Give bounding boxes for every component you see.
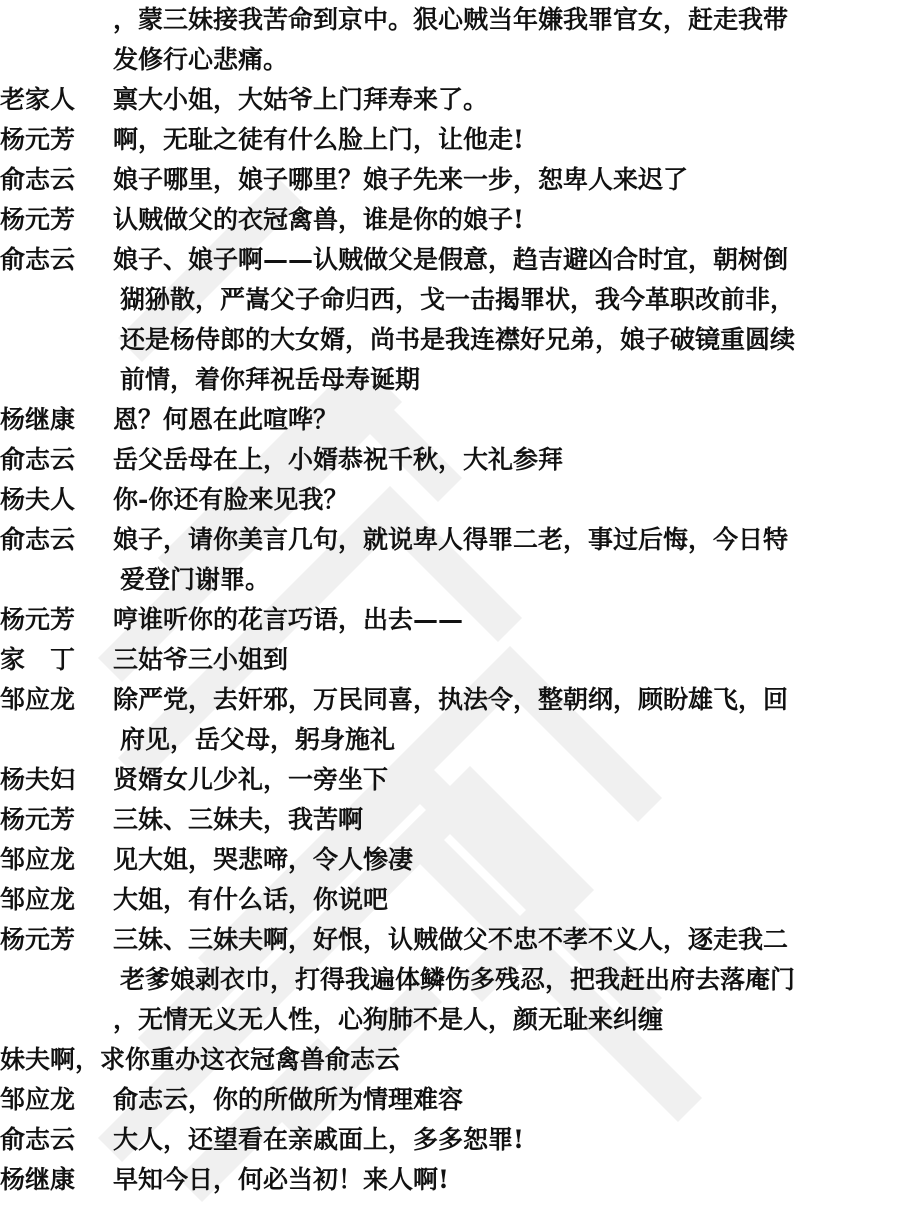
dialogue-text: 妹夫啊，求你重办这衣冠禽兽俞志云 — [0, 1040, 400, 1080]
dialogue-text: 哼谁听你的花言巧语，出去—— — [113, 600, 463, 640]
dialogue-text: 见大姐，哭悲啼，令人惨凄 — [113, 840, 413, 880]
dialogue-text: ，无情无义无人性，心狗肺不是人，颜无耻来纠缠 — [113, 1000, 663, 1040]
dialogue-text: 爱登门谢罪。 — [120, 560, 270, 600]
dialogue-text: 大人，还望看在亲戚面上，多多恕罪! — [113, 1120, 524, 1160]
dialogue-text: 发修行心悲痛。 — [113, 40, 288, 80]
dialogue-text: 早知今日，何必当初！来人啊! — [113, 1160, 449, 1200]
dialogue-text: 前情，着你拜祝岳母寿诞期 — [120, 360, 420, 400]
speaker-name: 杨元芳 — [0, 120, 110, 160]
speaker-name: 俞志云 — [0, 160, 110, 200]
dialogue-text: 贤婿女儿少礼，一旁坐下 — [113, 760, 388, 800]
dialogue-text: 认贼做父的衣冠禽兽，谁是你的娘子! — [113, 200, 524, 240]
speaker-name: 俞志云 — [0, 240, 110, 280]
dialogue-text: 啊，无耻之徒有什么脸上门，让他走! — [113, 120, 524, 160]
speaker-name: 老家人 — [0, 80, 110, 120]
speaker-name: 杨夫人 — [0, 480, 110, 520]
dialogue-text: 恩？何恩在此喧哗？ — [113, 400, 338, 440]
dialogue-text: 娘子哪里，娘子哪里？娘子先来一步，恕卑人来迟了 — [113, 160, 688, 200]
speaker-name: 俞志云 — [0, 440, 110, 480]
dialogue-text: 禀大小姐，大姑爷上门拜寿来了。 — [113, 80, 488, 120]
speaker-name: 俞志云 — [0, 520, 110, 560]
dialogue-text: 府见，岳父母，躬身施礼 — [120, 720, 395, 760]
dialogue-text: 还是杨侍郎的大女婿，尚书是我连襟好兄弟，娘子破镜重圆续 — [120, 320, 795, 360]
dialogue-text: 娘子，请你美言几句，就说卑人得罪二老，事过后悔，今日特 — [113, 520, 788, 560]
speaker-name: 家 丁 — [0, 640, 110, 680]
speaker-name: 杨元芳 — [0, 800, 110, 840]
speaker-name: 杨元芳 — [0, 600, 110, 640]
speaker-name: 俞志云 — [0, 1120, 110, 1160]
speaker-name: 邹应龙 — [0, 680, 110, 720]
dialogue-text: 你-你还有脸来见我？ — [113, 480, 348, 520]
dialogue-text: 岳父岳母在上，小婿恭祝千秋，大礼参拜 — [113, 440, 563, 480]
speaker-name: 邹应龙 — [0, 880, 110, 920]
dialogue-text: 三妹、三妹夫，我苦啊 — [113, 800, 363, 840]
speaker-name: 邹应龙 — [0, 1080, 110, 1120]
speaker-name: 杨元芳 — [0, 200, 110, 240]
dialogue-text: 娘子、娘子啊——认贼做父是假意，趋吉避凶合时宜，朝树倒 — [113, 240, 788, 280]
speaker-name: 杨夫妇 — [0, 760, 110, 800]
speaker-name: 杨元芳 — [0, 920, 110, 960]
dialogue-text: 俞志云，你的所做所为情理难容 — [113, 1080, 463, 1120]
speaker-name: 邹应龙 — [0, 840, 110, 880]
dialogue-text: 猢狲散，严嵩父子命归西，戈一击揭罪状，我今革职改前非， — [120, 280, 795, 320]
dialogue-text: 三姑爷三小姐到 — [113, 640, 288, 680]
speaker-name: 杨继康 — [0, 400, 110, 440]
dialogue-text: 大姐，有什么话，你说吧 — [113, 880, 388, 920]
dialogue-text: ，蒙三妹接我苦命到京中。狠心贼当年嫌我罪官女，赶走我带 — [113, 0, 788, 40]
dialogue-text: 除严党，去奸邪，万民同喜，执法令，整朝纲，顾盼雄飞，回 — [113, 680, 788, 720]
dialogue-text: 老爹娘剥衣巾，打得我遍体鳞伤多残忍，把我赶出府去落庵门 — [120, 960, 795, 1000]
speaker-name: 杨继康 — [0, 1160, 110, 1200]
dialogue-text: 三妹、三妹夫啊，好恨，认贼做父不忠不孝不义人，逐走我二 — [113, 920, 788, 960]
